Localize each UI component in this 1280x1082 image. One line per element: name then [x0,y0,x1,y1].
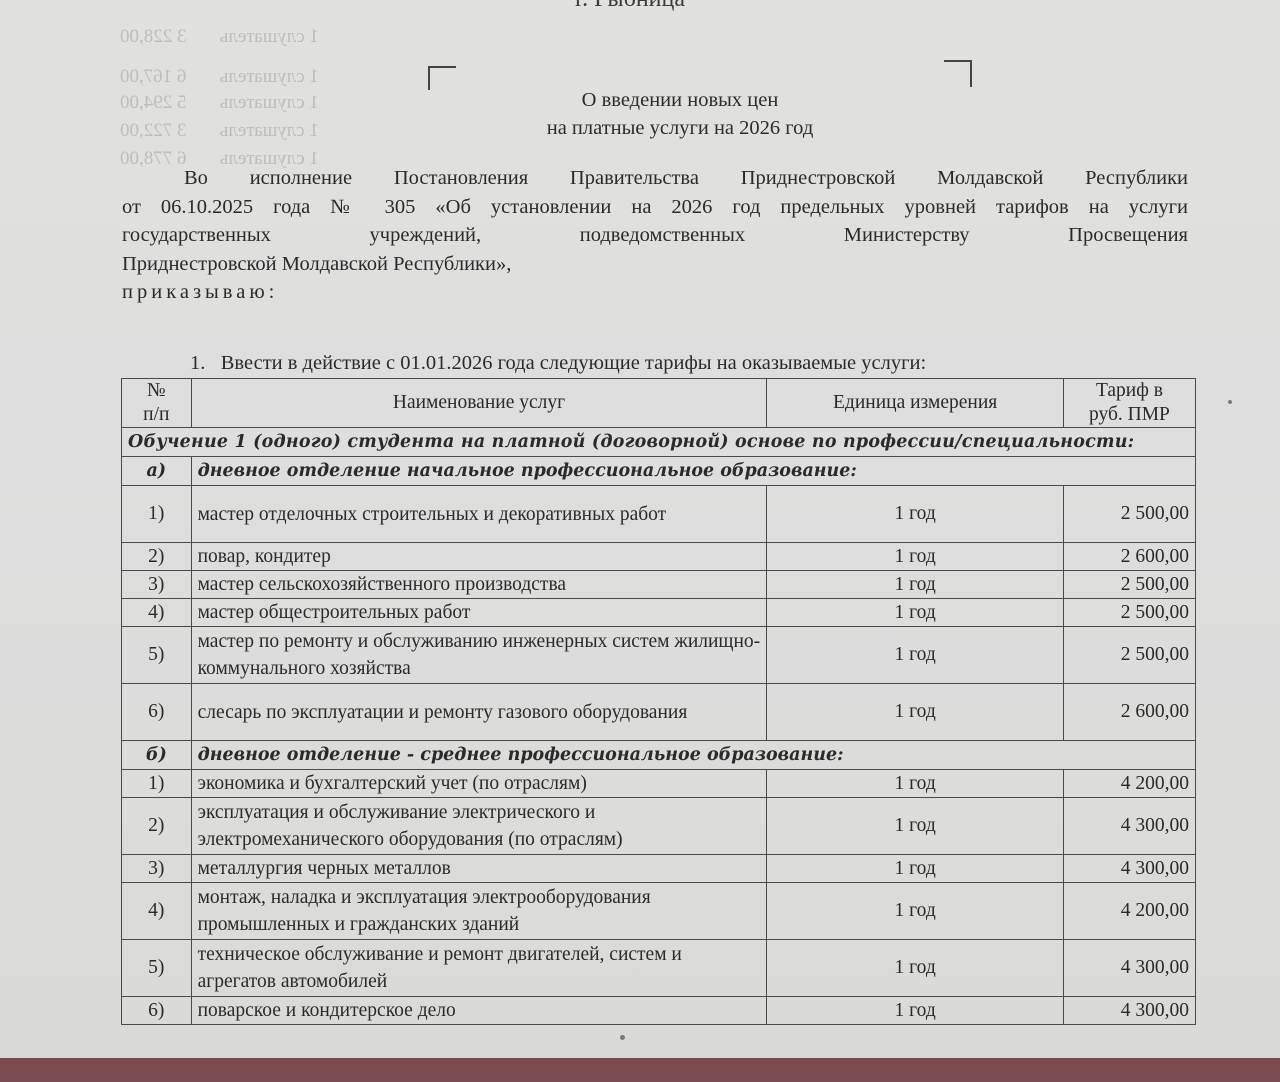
table-row: 1)мастер отделочных строительных и декор… [122,486,1196,543]
row-number: 5) [122,627,192,684]
tariff-price: 2 500,00 [1063,486,1195,543]
row-number: 2) [122,798,192,855]
tariff-price: 4 200,00 [1063,883,1195,940]
table-row: 1)экономика и бухгалтерский учет (по отр… [122,770,1196,798]
tariff-price: 4 300,00 [1063,997,1195,1025]
service-name: экономика и бухгалтерский учет (по отрас… [191,770,767,798]
group-title: дневное отделение - среднее профессионал… [191,741,1195,770]
group-row: б)дневное отделение - среднее профессион… [122,741,1196,770]
preamble: Во исполнение Постановления Правительств… [122,164,1188,307]
unit-of-measure: 1 год [767,855,1063,883]
row-number: 1) [122,486,192,543]
col-header-unit: Единица измерения [767,379,1063,428]
col-header-name: Наименование услуг [191,379,767,428]
col-header-price-line2: руб. ПМР [1070,403,1189,427]
tariff-price: 2 500,00 [1063,627,1195,684]
service-name: мастер общестроительных работ [191,599,767,627]
unit-of-measure: 1 год [767,486,1063,543]
table-row: 5)техническое обслуживание и ремонт двиг… [122,940,1196,997]
preamble-line-3: государственных учреждений, подведомстве… [122,221,1188,250]
tariff-price: 2 600,00 [1063,543,1195,571]
order-item-1: 1. Ввести в действие с 01.01.2026 года с… [190,352,926,375]
city-name: г. Рыбница [575,0,685,13]
col-header-price-line1: Тариф в [1070,379,1189,403]
service-name: мастер по ремонту и обслуживанию инженер… [191,627,767,684]
unit-of-measure: 1 год [767,543,1063,571]
table-surface [0,1058,1280,1082]
unit-of-measure: 1 год [767,684,1063,741]
tariff-price: 4 300,00 [1063,798,1195,855]
tariff-price: 4 200,00 [1063,770,1195,798]
table-row: 2)повар, кондитер1 год2 600,00 [122,543,1196,571]
unit-of-measure: 1 год [767,627,1063,684]
group-label: а) [122,457,192,486]
col-header-num-line1: № [128,379,185,403]
tariff-table: № п/п Наименование услуг Единица измерен… [121,378,1196,1025]
tariff-price: 2 500,00 [1063,599,1195,627]
service-name: поварское и кондитерское дело [191,997,767,1025]
preamble-line-2: от 06.10.2025 года № 305 «Об установлени… [122,193,1188,222]
row-number: 3) [122,571,192,599]
section-title-row: Обучение 1 (одного) студента на платной … [122,428,1196,457]
col-header-num-line2: п/п [128,403,185,427]
tariff-price: 2 500,00 [1063,571,1195,599]
table-row: 6)поварское и кондитерское дело1 год4 30… [122,997,1196,1025]
unit-of-measure: 1 год [767,997,1063,1025]
unit-of-measure: 1 год [767,940,1063,997]
service-name: мастер отделочных строительных и декорат… [191,486,767,543]
row-number: 1) [122,770,192,798]
title-bracket-right [944,60,972,87]
col-header-num: № п/п [122,379,192,428]
row-number: 4) [122,599,192,627]
unit-of-measure: 1 год [767,798,1063,855]
section-title: Обучение 1 (одного) студента на платной … [122,428,1196,457]
service-name: мастер сельскохозяйственного производств… [191,571,767,599]
service-name: металлургия черных металлов [191,855,767,883]
group-title: дневное отделение начальное профессионал… [191,457,1195,486]
table-row: 3)металлургия черных металлов1 год4 300,… [122,855,1196,883]
service-name: эксплуатация и обслуживание электрическо… [191,798,767,855]
bleed-through-text: 1 слушатель 6 167,00 [120,66,319,88]
service-name: повар, кондитер [191,543,767,571]
tariff-price: 2 600,00 [1063,684,1195,741]
bleed-through-text: 1 слушатель 5 294,00 [120,92,319,114]
unit-of-measure: 1 год [767,770,1063,798]
preamble-line-1: Во исполнение Постановления Правительств… [122,164,1188,193]
table-row: 4)мастер общестроительных работ1 год2 50… [122,599,1196,627]
service-name: техническое обслуживание и ремонт двигат… [191,940,767,997]
bleed-through-text: 1 слушатель 3 228,00 [120,26,319,48]
service-name: монтаж, наладка и эксплуатация электрооб… [191,883,767,940]
title-line-1: О введении новых цен [400,86,960,114]
table-row: 3)мастер сельскохозяйственного производс… [122,571,1196,599]
group-row: а)дневное отделение начальное профессион… [122,457,1196,486]
table-row: 4)монтаж, наладка и эксплуатация электро… [122,883,1196,940]
row-number: 6) [122,997,192,1025]
unit-of-measure: 1 год [767,883,1063,940]
document-title: О введении новых цен на платные услуги н… [400,86,960,142]
table-header-row: № п/п Наименование услуг Единица измерен… [122,379,1196,428]
unit-of-measure: 1 год [767,599,1063,627]
row-number: 3) [122,855,192,883]
row-number: 4) [122,883,192,940]
bleed-through-text: 1 слушатель 3 722,00 [120,120,319,142]
row-number: 2) [122,543,192,571]
order-word: приказываю: [122,278,1188,307]
table-row: 6)слесарь по эксплуатации и ремонту газо… [122,684,1196,741]
table-row: 5)мастер по ремонту и обслуживанию инжен… [122,627,1196,684]
service-name: слесарь по эксплуатации и ремонту газово… [191,684,767,741]
tariff-price: 4 300,00 [1063,855,1195,883]
paper-speck [1228,400,1232,404]
title-line-2: на платные услуги на 2026 год [400,114,960,142]
preamble-line-4: Приднестровской Молдавской Республики», [122,250,1188,279]
tariff-price: 4 300,00 [1063,940,1195,997]
unit-of-measure: 1 год [767,571,1063,599]
row-number: 5) [122,940,192,997]
row-number: 6) [122,684,192,741]
paper-speck [620,1035,625,1040]
group-label: б) [122,741,192,770]
col-header-price: Тариф в руб. ПМР [1063,379,1195,428]
table-row: 2)эксплуатация и обслуживание электричес… [122,798,1196,855]
